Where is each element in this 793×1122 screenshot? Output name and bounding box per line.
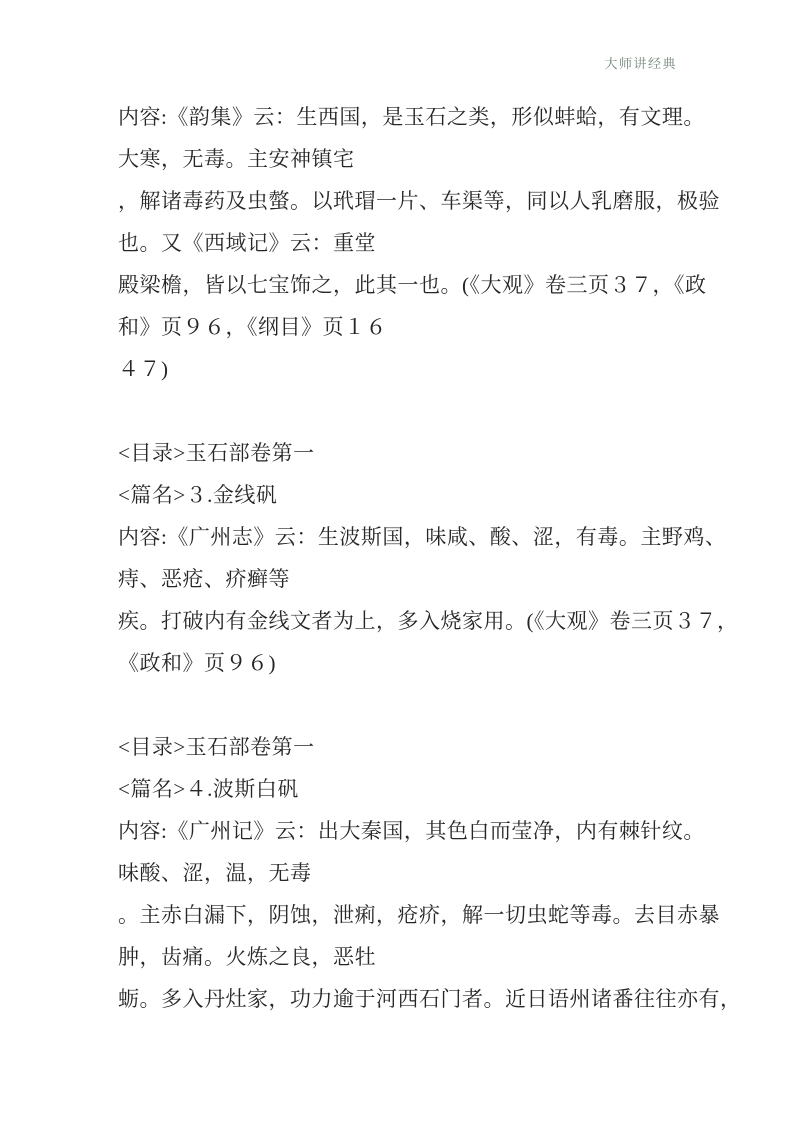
text-line: 。主赤白漏下，阴蚀，泄痢，疮疥，解一切虫蛇等毒。去目赤暴 (118, 894, 683, 936)
text-section: <目录>玉石部卷第一<篇名>３.金线矾内容:《广州志》云：生波斯国，味咸、酸、涩… (118, 432, 683, 684)
text-line: 和》页９６，《纲目》页１６ (118, 306, 683, 348)
text-line: <目录>玉石部卷第一 (118, 726, 683, 768)
text-section: 内容:《韵集》云：生西国，是玉石之类，形似蚌蛤，有文理。大寒，无毒。主安神镇宅，… (118, 96, 683, 390)
text-line: 殿梁檐，皆以七宝饰之，此其一也。(《大观》卷三页３７，《政 (118, 264, 683, 306)
text-line: ，解诸毒药及虫螫。以玳瑁一片、车渠等，同以人乳磨服，极验 (118, 180, 683, 222)
document-page: 大师讲经典 内容:《韵集》云：生西国，是玉石之类，形似蚌蛤，有文理。大寒，无毒。… (0, 0, 793, 1122)
text-line: 痔、恶疮、疥癣等 (118, 558, 683, 600)
text-line: 内容:《广州志》云：生波斯国，味咸、酸、涩，有毒。主野鸡、 (118, 516, 683, 558)
text-line: <篇名>３.金线矾 (118, 474, 683, 516)
site-watermark: 大师讲经典 (604, 53, 677, 72)
text-line: <目录>玉石部卷第一 (118, 432, 683, 474)
text-line: 蛎。多入丹灶家，功力逾于河西石门者。近日语州诸番往往亦有， (118, 978, 683, 1020)
text-line: 内容:《广州记》云：出大秦国，其色白而莹净，内有棘针纹。 (118, 810, 683, 852)
text-line: <篇名>４.波斯白矾 (118, 768, 683, 810)
text-line: 疾。打破内有金线文者为上，多入烧家用。(《大观》卷三页３７， (118, 600, 683, 642)
text-line: 味酸、涩，温，无毒 (118, 852, 683, 894)
document-content: 内容:《韵集》云：生西国，是玉石之类，形似蚌蛤，有文理。大寒，无毒。主安神镇宅，… (118, 96, 683, 1062)
text-line: 内容:《韵集》云：生西国，是玉石之类，形似蚌蛤，有文理。 (118, 96, 683, 138)
text-section: <目录>玉石部卷第一<篇名>４.波斯白矾内容:《广州记》云：出大秦国，其色白而莹… (118, 726, 683, 1020)
text-line: 《政和》页９６) (118, 642, 683, 684)
text-line: ４７) (118, 348, 683, 390)
text-line: 也。又《西域记》云：重堂 (118, 222, 683, 264)
text-line: 肿，齿痛。火炼之良，恶牡 (118, 936, 683, 978)
text-line: 大寒，无毒。主安神镇宅 (118, 138, 683, 180)
